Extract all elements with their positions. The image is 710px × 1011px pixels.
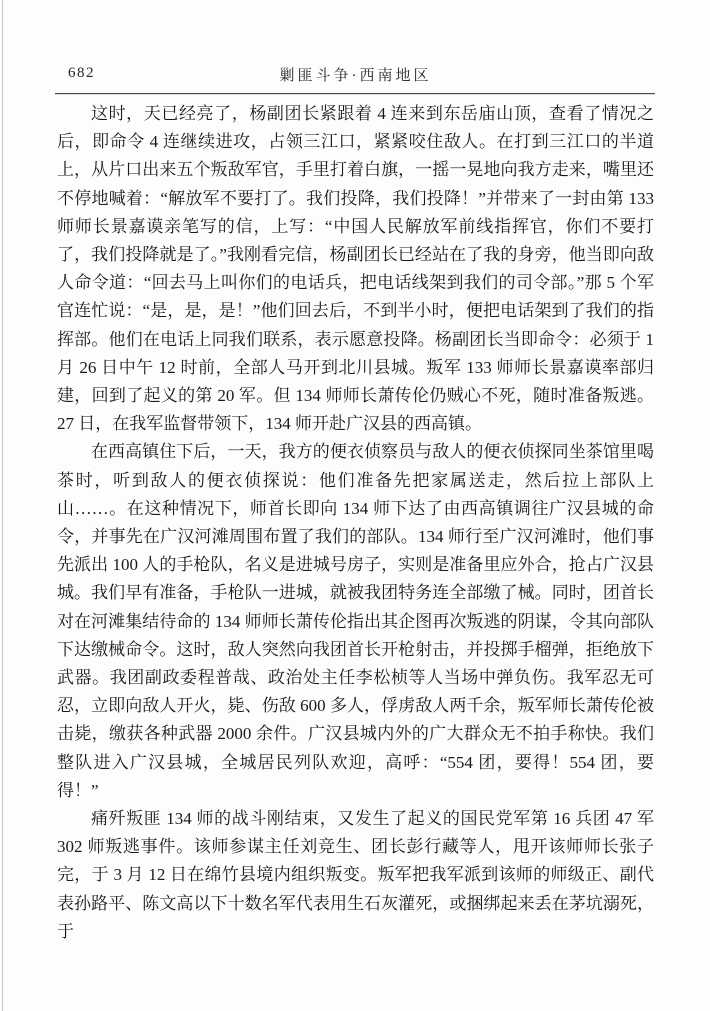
scan-edge-line bbox=[2, 0, 3, 1011]
header-rule bbox=[55, 93, 655, 94]
scanned-book-page: { "colors": { "paper": "#fefdfc", "ink":… bbox=[0, 0, 710, 1011]
body-paragraph-1: 这时，天已经亮了，杨副团长紧跟着 4 连来到东岳庙山顶，查看了情况之后，即命令 … bbox=[57, 100, 654, 438]
page-header: 682 剿匪斗争·西南地区 bbox=[57, 62, 654, 88]
body-paragraph-3: 痛歼叛匪 134 师的战斗刚结束，又发生了起义的国民党军第 16 兵团 47 军… bbox=[57, 805, 654, 946]
body-paragraph-2: 在西高镇住下后，一天，我方的便衣侦察员与敌人的便衣侦探同坐茶馆里喝茶时，听到敌人… bbox=[57, 438, 654, 805]
running-title: 剿匪斗争·西南地区 bbox=[57, 64, 654, 85]
page-body: 这时，天已经亮了，杨副团长紧跟着 4 连来到东岳庙山顶，查看了情况之后，即命令 … bbox=[57, 100, 654, 946]
